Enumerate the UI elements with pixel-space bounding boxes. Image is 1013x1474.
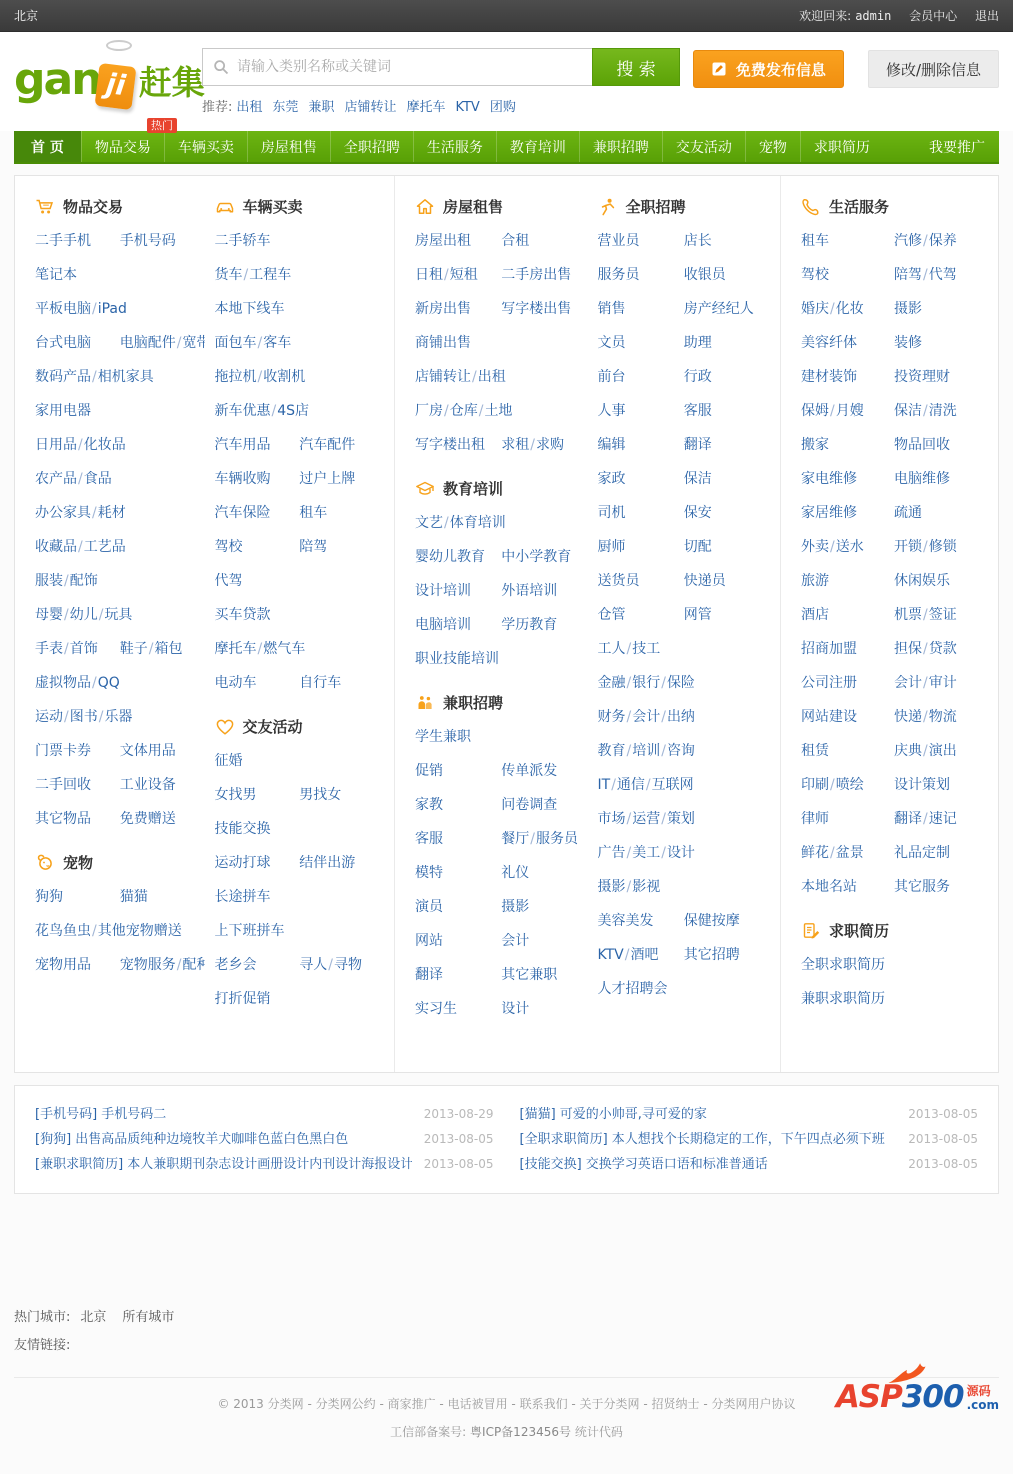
category-link[interactable]: 电脑配件/宽带	[120, 326, 205, 360]
recommend-link[interactable]: 摩托车	[406, 100, 445, 115]
footer-link[interactable]: 分类网	[268, 1397, 304, 1411]
category-link[interactable]: 美容美发	[598, 904, 684, 938]
listing-date: 2013-08-29	[424, 1102, 494, 1127]
category-row: 印刷/喷绘设计策划	[801, 768, 987, 802]
category-title: 教育培训	[443, 478, 503, 499]
phone-icon	[801, 197, 821, 217]
category-link[interactable]: 市场/运营/策划	[598, 802, 771, 836]
recommend-link[interactable]: 出租	[236, 100, 262, 115]
category-link[interactable]: 教育/培训/咨询	[598, 734, 771, 768]
category-link[interactable]: 礼仪	[501, 856, 587, 890]
category-link[interactable]: 传单派发	[501, 754, 587, 788]
category-link[interactable]: 收银员	[684, 258, 770, 292]
listing-link[interactable]: [全职求职简历] 本人想找个长期稳定的工作，下午四点必须下班	[520, 1127, 897, 1152]
category-row: 电动车自行车	[215, 666, 385, 700]
logo-text-cn: 赶集	[139, 63, 205, 102]
category-row: 货车/工程车	[215, 258, 385, 292]
category-link[interactable]: 其它招聘	[684, 938, 770, 972]
category-link[interactable]: 客服	[684, 394, 770, 428]
footer-link[interactable]: 分类网公约	[316, 1397, 376, 1411]
category-row: 上下班拼车	[215, 914, 385, 948]
category-row: 文艺/体育培训	[415, 506, 588, 540]
nav-item[interactable]: 交友活动	[662, 131, 745, 162]
listing-link[interactable]: [技能交换] 交换学习英语口语和标准普通话	[520, 1152, 897, 1177]
category-link[interactable]: 房产经纪人	[684, 292, 770, 326]
category-link[interactable]: 运动/图书/乐器	[35, 700, 205, 734]
category-link[interactable]: 日租/短租	[415, 258, 501, 292]
category-link[interactable]: 拖拉机/收割机	[215, 360, 385, 394]
category-link[interactable]: 客服	[415, 822, 501, 856]
category-row: 本地名站其它服务	[801, 870, 987, 904]
category-link[interactable]: 二手回收	[35, 768, 120, 802]
category-column: 车辆买卖二手轿车货车/工程车本地下线车面包车/客车拖拉机/收割机新车优惠/4S店…	[215, 180, 395, 1056]
category-link[interactable]: 网站建设	[801, 700, 894, 734]
hot-city-link[interactable]: 所有城市	[122, 1310, 174, 1325]
category-link[interactable]: 新车优惠/4S店	[215, 394, 385, 428]
member-center-link[interactable]: 会员中心	[909, 9, 957, 23]
category-link[interactable]: 装修	[894, 326, 987, 360]
category-link[interactable]: 汽车用品	[215, 428, 300, 462]
city-selector[interactable]: 北京	[14, 7, 38, 24]
category-link[interactable]: 台式电脑	[35, 326, 120, 360]
category-link[interactable]: 餐厅/服务员	[501, 822, 587, 856]
category-link[interactable]: 店长	[684, 224, 770, 258]
category-row: 驾校陪驾/代驾	[801, 258, 987, 292]
category-link[interactable]: 开锁/修锁	[894, 530, 987, 564]
listing-row: [狗狗] 出售高品质纯种边境牧羊犬咖啡色蓝白色黑白色2013-08-05	[35, 1127, 494, 1152]
category-link[interactable]: KTV/酒吧	[598, 938, 684, 972]
category-link[interactable]: 过户上牌	[299, 462, 384, 496]
category-link[interactable]: 收藏品/工艺品	[35, 530, 205, 564]
category-link[interactable]: 前台	[598, 360, 684, 394]
category-link[interactable]: 写字楼出租	[415, 428, 501, 462]
category-link[interactable]: 切配	[684, 530, 770, 564]
category-link[interactable]: IT/通信/互联网	[598, 768, 771, 802]
category-link[interactable]: 其它兼职	[501, 958, 587, 992]
recommend-link[interactable]: 团购	[490, 100, 516, 115]
publish-button-label: 免费发布信息	[736, 59, 826, 80]
category-row: 办公家具/耗材	[35, 496, 205, 530]
category-row: 打折促销	[215, 982, 385, 1016]
category-link[interactable]: 保洁	[684, 462, 770, 496]
category-row: 家用电器	[35, 394, 205, 428]
category-link[interactable]: 服装/配饰	[35, 564, 205, 598]
category-link[interactable]: 写字楼出售	[501, 292, 587, 326]
category-row: 摩托车/燃气车	[215, 632, 385, 666]
category-link[interactable]: 征婚	[215, 744, 385, 778]
category-link[interactable]: 行政	[684, 360, 770, 394]
category-link[interactable]: 家居维修	[801, 496, 894, 530]
nav-item[interactable]: 全职招聘	[330, 131, 413, 162]
category-link[interactable]: 销售	[598, 292, 684, 326]
category-link[interactable]: 编辑	[598, 428, 684, 462]
category-link[interactable]: 办公家具/耗材	[35, 496, 205, 530]
category-link[interactable]: 母婴/幼儿/玩具	[35, 598, 205, 632]
category-link[interactable]: 货车/工程车	[215, 258, 385, 292]
category-link[interactable]: 印刷/喷绘	[801, 768, 894, 802]
category-link[interactable]: 代驾	[215, 564, 385, 598]
footer-link[interactable]: 电话被冒用	[448, 1397, 508, 1411]
category-link[interactable]: 虚拟物品/QQ	[35, 666, 205, 700]
category-link[interactable]: 租车	[299, 496, 384, 530]
category-link[interactable]: 二手轿车	[215, 224, 385, 258]
category-link[interactable]: 礼品定制	[894, 836, 987, 870]
category-link[interactable]: 庆典/演出	[894, 734, 987, 768]
category-link[interactable]: 摄影/影视	[598, 870, 771, 904]
category-row: 服务员收银员	[598, 258, 771, 292]
category-link[interactable]: 助理	[684, 326, 770, 360]
category-link[interactable]: 汽修/保养	[894, 224, 987, 258]
category-row: 汽车用品汽车配件	[215, 428, 385, 462]
category-link[interactable]: 担保/贷款	[894, 632, 987, 666]
category-link[interactable]: 快递/物流	[894, 700, 987, 734]
footer-link[interactable]: 招贤纳士	[652, 1397, 700, 1411]
category-link[interactable]: 机票/签证	[894, 598, 987, 632]
category-row: 外卖/送水开锁/修锁	[801, 530, 987, 564]
category-link[interactable]: 促销	[415, 754, 501, 788]
listing-date: 2013-08-05	[908, 1152, 978, 1177]
footer-link[interactable]: 关于分类网	[580, 1397, 640, 1411]
category-link[interactable]: 网站	[415, 924, 501, 958]
category-link[interactable]: 婚庆/化妆	[801, 292, 894, 326]
category-link[interactable]: 设计	[501, 992, 587, 1026]
category-link[interactable]: 演员	[415, 890, 501, 924]
category-link[interactable]: 家电维修	[801, 462, 894, 496]
category-link[interactable]: 合租	[501, 224, 587, 258]
category-link[interactable]: 摄影	[501, 890, 587, 924]
category-row: 电脑培训学历教育	[415, 608, 588, 642]
category-link[interactable]: 面包车/客车	[215, 326, 385, 360]
grad-cap-icon	[415, 479, 435, 499]
category-link[interactable]: 家政	[598, 462, 684, 496]
category-link[interactable]: 财务/会计/出纳	[598, 700, 771, 734]
icp-number-link[interactable]: 粤ICP备123456号	[470, 1425, 571, 1439]
category-row: 厂房/仓库/土地	[415, 394, 588, 428]
footer: 热门城市:北京所有城市 友情链接: © 2013 分类网 - 分类网公约 - 商…	[14, 1306, 999, 1474]
category-title: 求职简历	[829, 920, 889, 941]
category-title: 房屋租售	[443, 196, 503, 217]
category-link[interactable]: 平板电脑/iPad	[35, 292, 205, 326]
nav-item[interactable]: 生活服务	[413, 131, 496, 162]
category-link[interactable]: 驾校	[215, 530, 300, 564]
category-link[interactable]: 营业员	[598, 224, 684, 258]
category-link[interactable]: 酒店	[801, 598, 894, 632]
category-header: 生活服务	[801, 196, 987, 217]
category-link[interactable]: 二手手机	[35, 224, 120, 258]
category-link[interactable]: 摄影	[894, 292, 987, 326]
category-row: 教育/培训/咨询	[598, 734, 771, 768]
category-link[interactable]: 兼职求职简历	[801, 982, 987, 1016]
category-link[interactable]: 结伴出游	[299, 846, 384, 880]
category-link[interactable]: 农产品/食品	[35, 462, 205, 496]
flame-icon	[887, 1360, 927, 1386]
category-link[interactable]: 公司注册	[801, 666, 894, 700]
category-link[interactable]: 休闲娱乐	[894, 564, 987, 598]
category-row: 模特礼仪	[415, 856, 588, 890]
category-column: 生活服务租车汽修/保养驾校陪驾/代驾婚庆/化妆摄影美容纤体装修建材装饰投资理财保…	[801, 180, 997, 1056]
category-row: 宠物用品宠物服务/配种	[35, 948, 205, 982]
category-link[interactable]: 陪驾/代驾	[894, 258, 987, 292]
category-link[interactable]: 手表/首饰	[35, 632, 120, 666]
category-link[interactable]: 保洁/清洗	[894, 394, 987, 428]
category-row: 人才招聘会	[598, 972, 771, 1006]
nav-item[interactable]: 车辆买卖	[164, 131, 247, 162]
category-link[interactable]: 人事	[598, 394, 684, 428]
category-link[interactable]: 会计/审计	[894, 666, 987, 700]
listing-date: 2013-08-05	[424, 1127, 494, 1152]
category-link[interactable]: 翻译	[415, 958, 501, 992]
category-row: 金融/银行/保险	[598, 666, 771, 700]
category-link[interactable]: 厨师	[598, 530, 684, 564]
listing-link[interactable]: [狗狗] 出售高品质纯种边境牧羊犬咖啡色蓝白色黑白色	[35, 1127, 412, 1152]
nav-item[interactable]: 教育培训	[496, 131, 579, 162]
category-row: 母婴/幼儿/玩具	[35, 598, 205, 632]
category-link[interactable]: 招商加盟	[801, 632, 894, 666]
category-row: 美容纤体装修	[801, 326, 987, 360]
category-link[interactable]: 工业设备	[120, 768, 205, 802]
nav-item[interactable]: 求职简历	[800, 131, 883, 162]
category-link[interactable]: 文员	[598, 326, 684, 360]
category-link[interactable]: 其它物品	[35, 802, 120, 836]
category-row: 律师翻译/速记	[801, 802, 987, 836]
category-link[interactable]: 实习生	[415, 992, 501, 1026]
recommend-link[interactable]: 兼职	[308, 100, 334, 115]
category-link[interactable]: 厂房/仓库/土地	[415, 394, 588, 428]
category-link[interactable]: 电动车	[215, 666, 300, 700]
category-link[interactable]: 学生兼职	[415, 720, 588, 754]
category-link[interactable]: 求租/求购	[501, 428, 587, 462]
category-link[interactable]: 手机号码	[120, 224, 205, 258]
category-link[interactable]: 保安	[684, 496, 770, 530]
recommend-link[interactable]: 东莞	[272, 100, 298, 115]
logo-text-gan: gan	[14, 54, 101, 105]
category-row: 二手回收工业设备	[35, 768, 205, 802]
header: ganji赶集 搜 索 推荐:出租东莞兼职店铺转让摩托车KTV团购	[0, 32, 1013, 131]
category-link[interactable]: 鞋子/箱包	[120, 632, 205, 666]
category-row: 促销传单派发	[415, 754, 588, 788]
category-link[interactable]: 仓管	[598, 598, 684, 632]
category-header: 宠物	[35, 852, 205, 873]
category-link[interactable]: 狗狗	[35, 880, 120, 914]
category-link[interactable]: 会计	[501, 924, 587, 958]
recommend-label: 推荐:	[202, 100, 232, 115]
stat-code-link[interactable]: 统计代码	[575, 1425, 623, 1439]
category-link[interactable]: 租车	[801, 224, 894, 258]
category-link[interactable]: 外语培训	[501, 574, 587, 608]
category-link[interactable]: 旅游	[801, 564, 894, 598]
category-link[interactable]: 驾校	[801, 258, 894, 292]
category-row: 客服餐厅/服务员	[415, 822, 588, 856]
category-link[interactable]: 车辆收购	[215, 462, 300, 496]
category-row: 财务/会计/出纳	[598, 700, 771, 734]
recommend-link[interactable]: KTV	[455, 100, 479, 115]
nav-item[interactable]: 首 页	[14, 131, 81, 162]
nav-item[interactable]: 宠物	[745, 131, 800, 162]
category-row: 全职求职简历	[801, 948, 987, 982]
listing-link[interactable]: [兼职求职简历] 本人兼职期刊杂志设计画册设计内刊设计海报设计	[35, 1152, 412, 1177]
category-link[interactable]: 家用电器	[35, 394, 205, 428]
category-link[interactable]: 广告/美工/设计	[598, 836, 771, 870]
friend-links-label: 友情链接:	[14, 1338, 70, 1353]
category-link[interactable]: 宠物用品	[35, 948, 120, 982]
category-link[interactable]: 设计培训	[415, 574, 501, 608]
footer-link[interactable]: 商家推广	[388, 1397, 436, 1411]
footer-link[interactable]: 分类网用户协议	[712, 1397, 796, 1411]
category-link[interactable]: 保健按摩	[684, 904, 770, 938]
category-link[interactable]: 投资理财	[894, 360, 987, 394]
hot-city-link[interactable]: 北京	[80, 1310, 106, 1325]
category-row: 设计培训外语培训	[415, 574, 588, 608]
edit-icon	[711, 61, 727, 77]
listing-link[interactable]: [手机号码] 手机号码二	[35, 1102, 412, 1127]
category-row: 代驾	[215, 564, 385, 598]
category-link[interactable]: 免费赠送	[120, 802, 205, 836]
category-link[interactable]: 电脑维修	[894, 462, 987, 496]
publish-button[interactable]: 免费发布信息	[693, 50, 844, 88]
category-link[interactable]: 搬家	[801, 428, 894, 462]
category-link[interactable]: 问卷调查	[501, 788, 587, 822]
listing-link[interactable]: [猫猫] 可爱的小帅哥,寻可爱的家	[520, 1102, 897, 1127]
category-link[interactable]: 其它服务	[894, 870, 987, 904]
category-link[interactable]: 网管	[684, 598, 770, 632]
category-link[interactable]: 家教	[415, 788, 501, 822]
listing-row: [全职求职简历] 本人想找个长期稳定的工作，下午四点必须下班2013-08-05	[520, 1127, 979, 1152]
category-row: 手表/首饰鞋子/箱包	[35, 632, 205, 666]
category-link[interactable]: 女找男	[215, 778, 300, 812]
category-row: 演员摄影	[415, 890, 588, 924]
nav-item[interactable]: 房屋租售	[247, 131, 330, 162]
category-link[interactable]: 快递员	[684, 564, 770, 598]
hot-tag-badge: 热门	[147, 118, 177, 133]
category-link[interactable]: 笔记本	[35, 258, 205, 292]
main-nav-wrap: 热门 首 页物品交易车辆买卖房屋租售全职招聘生活服务教育培训兼职招聘交友活动宠物…	[14, 131, 999, 164]
category-link[interactable]: 商铺出售	[415, 326, 588, 360]
search-button[interactable]: 搜 索	[592, 48, 680, 86]
modify-delete-button[interactable]: 修改/删除信息	[868, 50, 999, 88]
category-row: 家电维修电脑维修	[801, 462, 987, 496]
category-row: 新房出售写字楼出售	[415, 292, 588, 326]
category-row: 房屋出租合租	[415, 224, 588, 258]
recommend-link[interactable]: 店铺转让	[344, 100, 396, 115]
category-link[interactable]: 学历教育	[501, 608, 587, 642]
category-link[interactable]: 设计策划	[894, 768, 987, 802]
category-link[interactable]: 婴幼儿教育	[415, 540, 501, 574]
category-row: 二手手机手机号码	[35, 224, 205, 258]
category-link[interactable]: 数码产品/相机家具	[35, 360, 205, 394]
category-row: 招商加盟担保/贷款	[801, 632, 987, 666]
category-row: 搬家物品回收	[801, 428, 987, 462]
category-link[interactable]: 二手房出售	[501, 258, 587, 292]
category-row: 车辆收购过户上牌	[215, 462, 385, 496]
category-row: 面包车/客车	[215, 326, 385, 360]
category-row: 建材装饰投资理财	[801, 360, 987, 394]
category-row: 技能交换	[215, 812, 385, 846]
category-link[interactable]: 宠物服务/配种	[120, 948, 205, 982]
category-link[interactable]: 陪驾	[299, 530, 384, 564]
footer-link[interactable]: 联系我们	[520, 1397, 568, 1411]
category-link[interactable]: 美容纤体	[801, 326, 894, 360]
category-link[interactable]: 汽车保险	[215, 496, 300, 530]
category-link[interactable]: 寻人/寻物	[299, 948, 384, 982]
category-link[interactable]: 技能交换	[215, 812, 385, 846]
category-link[interactable]: 物品回收	[894, 428, 987, 462]
category-row: 拖拉机/收割机	[215, 360, 385, 394]
category-link[interactable]: 保姆/月嫂	[801, 394, 894, 428]
category-link[interactable]: 模特	[415, 856, 501, 890]
category-link[interactable]: 男找女	[299, 778, 384, 812]
category-link[interactable]: 房屋出租	[415, 224, 501, 258]
heart-icon	[215, 717, 235, 737]
category-link[interactable]: 工人/技工	[598, 632, 771, 666]
category-link[interactable]: 自行车	[299, 666, 384, 700]
category-link[interactable]: 全职求职简历	[801, 948, 987, 982]
category-link[interactable]: 新房出售	[415, 292, 501, 326]
category-link[interactable]: 上下班拼车	[215, 914, 385, 948]
category-link[interactable]: 外卖/送水	[801, 530, 894, 564]
category-row: 送货员快递员	[598, 564, 771, 598]
category-link[interactable]: 租赁	[801, 734, 894, 768]
category-link[interactable]: 猫猫	[120, 880, 205, 914]
category-link[interactable]: 翻译	[684, 428, 770, 462]
category-link[interactable]: 职业技能培训	[415, 642, 588, 676]
category-header: 教育培训	[415, 478, 588, 499]
category-link[interactable]: 摩托车/燃气车	[215, 632, 385, 666]
category-row: 网站建设快递/物流	[801, 700, 987, 734]
listing-row: [猫猫] 可爱的小帅哥,寻可爱的家2013-08-05	[520, 1102, 979, 1127]
category-link[interactable]: 服务员	[598, 258, 684, 292]
search-input[interactable]	[203, 49, 592, 85]
category-link[interactable]: 中小学教育	[501, 540, 587, 574]
nav-item[interactable]: 物品交易	[81, 131, 164, 162]
category-link[interactable]: 翻译/速记	[894, 802, 987, 836]
category-link[interactable]: 本地名站	[801, 870, 894, 904]
category-link[interactable]: 日用品/化妆品	[35, 428, 205, 462]
nav-item[interactable]: 兼职招聘	[579, 131, 662, 162]
category-link[interactable]: 文艺/体育培训	[415, 506, 588, 540]
category-link[interactable]: 司机	[598, 496, 684, 530]
category-link[interactable]: 店铺转让/出租	[415, 360, 588, 394]
category-link[interactable]: 疏通	[894, 496, 987, 530]
category-link[interactable]: 送货员	[598, 564, 684, 598]
category-link[interactable]: 文体用品	[120, 734, 205, 768]
category-row: 鲜花/盆景礼品定制	[801, 836, 987, 870]
category-link[interactable]: 律师	[801, 802, 894, 836]
category-link[interactable]: 打折促销	[215, 982, 385, 1016]
category-link[interactable]: 电脑培训	[415, 608, 501, 642]
category-link[interactable]: 金融/银行/保险	[598, 666, 771, 700]
category-link[interactable]: 建材装饰	[801, 360, 894, 394]
promote-link[interactable]: 我要推广	[915, 131, 999, 162]
nav-items: 首 页物品交易车辆买卖房屋租售全职招聘生活服务教育培训兼职招聘交友活动宠物求职简…	[14, 131, 883, 162]
category-link[interactable]: 花鸟鱼虫/其他宠物赠送	[35, 914, 205, 948]
site-logo[interactable]: ganji赶集	[14, 42, 202, 115]
listing-date: 2013-08-05	[908, 1102, 978, 1127]
category-link[interactable]: 老乡会	[215, 948, 300, 982]
category-link[interactable]: 买车贷款	[215, 598, 385, 632]
logout-link[interactable]: 退出	[975, 9, 999, 23]
category-link[interactable]: 人才招聘会	[598, 972, 771, 1006]
category-link[interactable]: 运动打球	[215, 846, 300, 880]
category-link[interactable]: 汽车配件	[299, 428, 384, 462]
category-row: 运动打球结伴出游	[215, 846, 385, 880]
category-title: 生活服务	[829, 196, 889, 217]
category-link[interactable]: 鲜花/盆景	[801, 836, 894, 870]
category-link[interactable]: 长途拼车	[215, 880, 385, 914]
category-row: 笔记本	[35, 258, 205, 292]
category-link[interactable]: 门票卡券	[35, 734, 120, 768]
category-header: 求职简历	[801, 920, 987, 941]
category-link[interactable]: 本地下线车	[215, 292, 385, 326]
